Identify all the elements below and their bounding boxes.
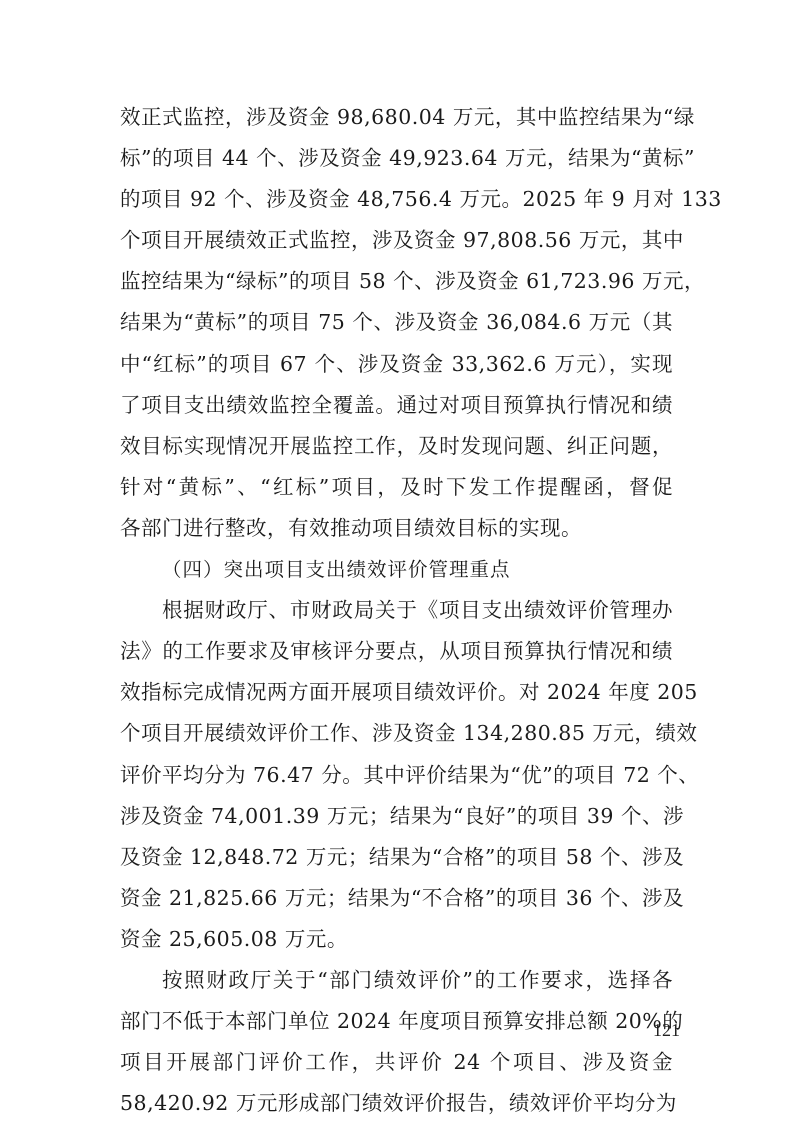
text-line-content: 个项目开展绩效正式监控，涉及资金 97,808.56 万元，其中 xyxy=(120,220,673,261)
text-line-content: 的项目 92 个、涉及资金 48,756.4 万元。2025 年 9 月对 13… xyxy=(120,179,673,220)
text-line: 法》的工作要求及审核评分要点，从项目预算执行情况和绩 xyxy=(120,631,673,672)
paragraph-last-line: 资金 25,605.08 万元。 xyxy=(120,919,673,960)
text-line-content: 资金 21,825.66 万元；结果为“不合格”的项目 36 个、涉及 xyxy=(120,878,673,919)
text-line-content: 部门不低于本部门单位 2024 年度项目预算安排总额 20%的 xyxy=(120,1001,673,1042)
text-line: 涉及资金 74,001.39 万元；结果为“良好”的项目 39 个、涉 xyxy=(120,796,673,837)
text-line-content: 结果为“黄标”的项目 75 个、涉及资金 36,084.6 万元（其 xyxy=(120,302,673,343)
section-heading: （四）突出项目支出绩效评价管理重点 xyxy=(120,549,673,590)
text-line: 个项目开展绩效评价工作、涉及资金 134,280.85 万元，绩效 xyxy=(120,713,673,754)
text-line: 资金 21,825.66 万元；结果为“不合格”的项目 36 个、涉及 xyxy=(120,878,673,919)
text-line-content: 效目标实现情况开展监控工作，及时发现问题、纠正问题， xyxy=(120,426,673,467)
text-line-content: 及资金 12,848.72 万元；结果为“合格”的项目 58 个、涉及 xyxy=(120,837,673,878)
text-line: 评价平均分为 76.47 分。其中评价结果为“优”的项目 72 个、 xyxy=(120,755,673,796)
text-line: 个项目开展绩效正式监控，涉及资金 97,808.56 万元，其中 xyxy=(120,220,673,261)
text-line-content: 资金 25,605.08 万元。 xyxy=(120,919,673,960)
text-line: 及资金 12,848.72 万元；结果为“合格”的项目 58 个、涉及 xyxy=(120,837,673,878)
paragraph-first-line: 按照财政厅关于“部门绩效评价”的工作要求，选择各 xyxy=(120,960,673,1001)
text-line: 针对“黄标”、“红标”项目，及时下发工作提醒函，督促 xyxy=(120,467,673,508)
text-line-content: 评价平均分为 76.47 分。其中评价结果为“优”的项目 72 个、 xyxy=(120,755,673,796)
text-line: 标”的项目 44 个、涉及资金 49,923.64 万元，结果为“黄标” xyxy=(120,138,673,179)
text-line-content: 中“红标”的项目 67 个、涉及资金 33,362.6 万元），实现 xyxy=(120,344,673,385)
text-line-content: 法》的工作要求及审核评分要点，从项目预算执行情况和绩 xyxy=(120,631,673,672)
text-line-content: 效正式监控，涉及资金 98,680.04 万元，其中监控结果为“绿 xyxy=(120,97,673,138)
text-line: 的项目 92 个、涉及资金 48,756.4 万元。2025 年 9 月对 13… xyxy=(120,179,673,220)
text-line: 监控结果为“绿标”的项目 58 个、涉及资金 61,723.96 万元， xyxy=(120,261,673,302)
text-line: 效正式监控，涉及资金 98,680.04 万元，其中监控结果为“绿 xyxy=(120,97,673,138)
text-line-content: 按照财政厅关于“部门绩效评价”的工作要求，选择各 xyxy=(120,960,673,1001)
paragraph-last-line: 各部门进行整改，有效推动项目绩效目标的实现。 xyxy=(120,508,673,549)
text-line-content: 标”的项目 44 个、涉及资金 49,923.64 万元，结果为“黄标” xyxy=(120,138,673,179)
text-line-content: 监控结果为“绿标”的项目 58 个、涉及资金 61,723.96 万元， xyxy=(120,261,673,302)
text-line-content: 了项目支出绩效监控全覆盖。通过对项目预算执行情况和绩 xyxy=(120,385,673,426)
page-number: 121 xyxy=(620,1020,680,1041)
text-line: 效目标实现情况开展监控工作，及时发现问题、纠正问题， xyxy=(120,426,673,467)
text-line-content: 个项目开展绩效评价工作、涉及资金 134,280.85 万元，绩效 xyxy=(120,713,673,754)
text-line: 中“红标”的项目 67 个、涉及资金 33,362.6 万元），实现 xyxy=(120,344,673,385)
text-line: 58,420.92 万元形成部门绩效评价报告，绩效评价平均分为 xyxy=(120,1083,673,1122)
document-page: 效正式监控，涉及资金 98,680.04 万元，其中监控结果为“绿 标”的项目 … xyxy=(120,97,673,1122)
text-line-content: 58,420.92 万元形成部门绩效评价报告，绩效评价平均分为 xyxy=(120,1083,673,1122)
text-line-content: 各部门进行整改，有效推动项目绩效目标的实现。 xyxy=(120,508,673,549)
text-line: 效指标完成情况两方面开展项目绩效评价。对 2024 年度 205 xyxy=(120,672,673,713)
text-line: 项目开展部门评价工作，共评价 24 个项目、涉及资金 xyxy=(120,1042,673,1083)
paragraph-first-line: 根据财政厅、市财政局关于《项目支出绩效评价管理办 xyxy=(120,590,673,631)
text-line-content: 根据财政厅、市财政局关于《项目支出绩效评价管理办 xyxy=(120,590,673,631)
text-line: 结果为“黄标”的项目 75 个、涉及资金 36,084.6 万元（其 xyxy=(120,302,673,343)
text-line-content: 项目开展部门评价工作，共评价 24 个项目、涉及资金 xyxy=(120,1042,673,1083)
text-line: 部门不低于本部门单位 2024 年度项目预算安排总额 20%的 xyxy=(120,1001,673,1042)
section-heading-text: （四）突出项目支出绩效评价管理重点 xyxy=(120,549,673,590)
text-line: 了项目支出绩效监控全覆盖。通过对项目预算执行情况和绩 xyxy=(120,385,673,426)
text-line-content: 效指标完成情况两方面开展项目绩效评价。对 2024 年度 205 xyxy=(120,672,673,713)
text-line-content: 针对“黄标”、“红标”项目，及时下发工作提醒函，督促 xyxy=(120,467,673,508)
text-line-content: 涉及资金 74,001.39 万元；结果为“良好”的项目 39 个、涉 xyxy=(120,796,673,837)
